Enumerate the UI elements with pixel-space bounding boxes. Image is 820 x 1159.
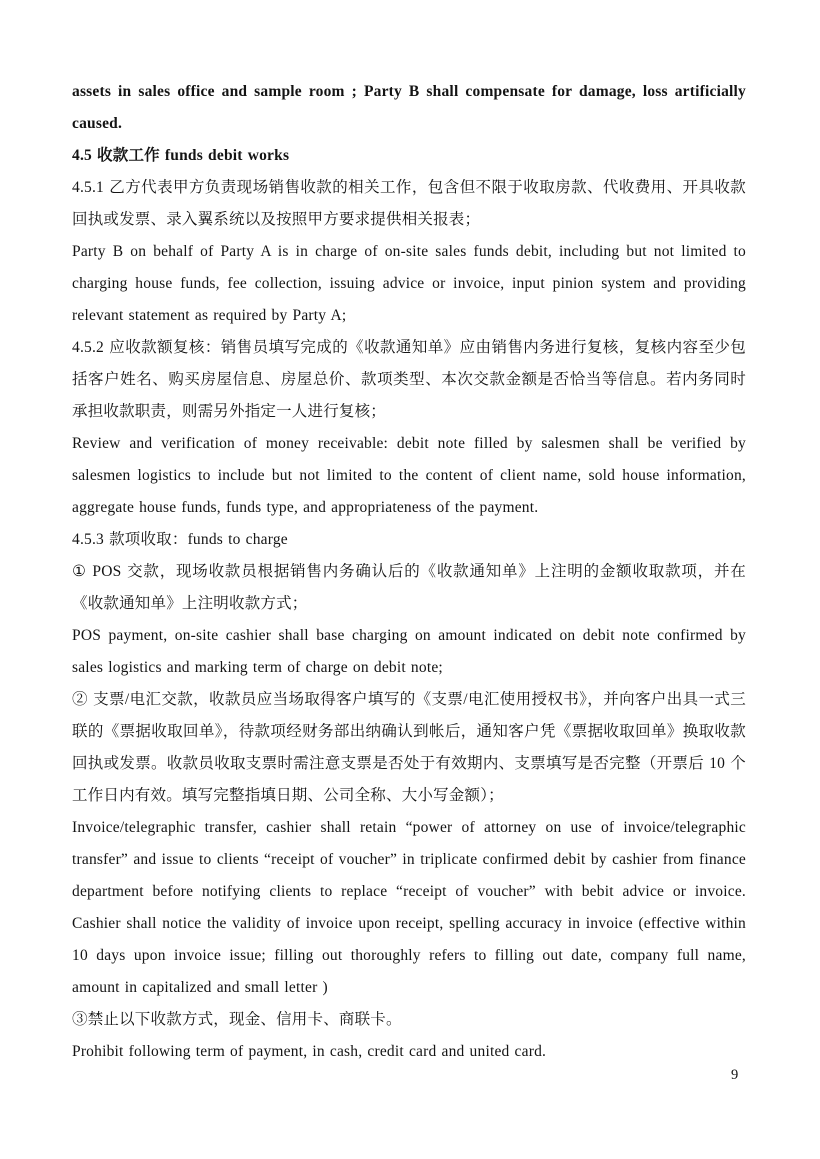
document-body: assets in sales office and sample room ;… — [72, 76, 746, 1068]
clause-4-5-3-item1-zh: ① POS 交款，现场收款员根据销售内务确认后的《收款通知单》上注明的金额收取款… — [72, 556, 746, 620]
clause-4-5-2-zh: 4.5.2 应收款额复核：销售员填写完成的《收款通知单》应由销售内务进行复核，复… — [72, 332, 746, 428]
document-page: assets in sales office and sample room ;… — [0, 0, 820, 1159]
clause-4-5-1-zh: 4.5.1 乙方代表甲方负责现场销售收款的相关工作，包含但不限于收取房款、代收费… — [72, 172, 746, 236]
clause-4-5-3-item2-zh: ② 支票/电汇交款，收款员应当场取得客户填写的《支票/电汇使用授权书》，并向客户… — [72, 684, 746, 812]
clause-4-5-3-item2-en: Invoice/telegraphic transfer, cashier sh… — [72, 812, 746, 1004]
clause-4-5-2-en: Review and verification of money receiva… — [72, 428, 746, 524]
clause-4-5-1-en: Party B on behalf of Party A is in charg… — [72, 236, 746, 332]
clause-4-5-3-item1-en: POS payment, on-site cashier shall base … — [72, 620, 746, 684]
clause-4-5-3-item3-zh: ③禁止以下收款方式，现金、信用卡、商联卡。 — [72, 1004, 746, 1036]
section-heading-4-5: 4.5 收款工作 funds debit works — [72, 140, 746, 172]
clause-4-5-3-heading: 4.5.3 款项收取：funds to charge — [72, 524, 746, 556]
page-number: 9 — [731, 1063, 738, 1087]
paragraph-asset-compensation-en: assets in sales office and sample room ;… — [72, 76, 746, 140]
clause-4-5-3-item3-en: Prohibit following term of payment, in c… — [72, 1036, 746, 1068]
